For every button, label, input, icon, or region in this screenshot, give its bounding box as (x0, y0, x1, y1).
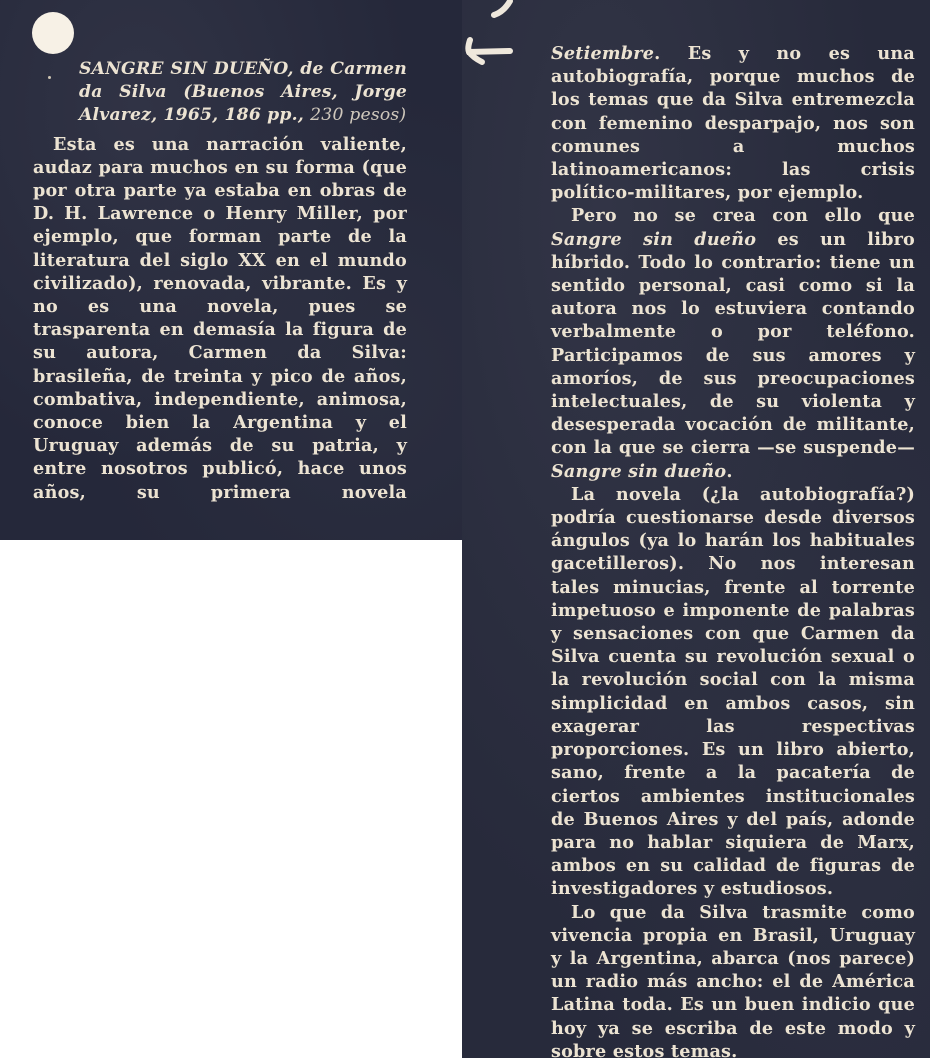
right-column-text: Setiembre. Es y no es una autobiografía,… (551, 42, 915, 1061)
review-paragraph-5: Lo que da Silva trasmite como vivencia p… (551, 901, 915, 1061)
clipping-left: SANGRE SIN DUEÑO, de Carmen da Silva (Bu… (0, 0, 462, 540)
review-paragraph-4: La novela (¿la autobiografía?) podría cu… (551, 483, 915, 901)
paragraph-text: es un libro híbrido. Todo lo contrario: … (551, 229, 915, 459)
book-title: SANGRE SIN DUEÑO (79, 59, 287, 79)
book-title-italic: Sangre sin dueño (551, 461, 726, 482)
left-column-text: SANGRE SIN DUEÑO, de Carmen da Silva (Bu… (33, 58, 407, 504)
paragraph-text: . Es y no es una autobiografía, porque m… (551, 43, 915, 203)
paragraph-text: . (726, 461, 732, 482)
review-paragraph-1: Esta es una narración valiente, audaz pa… (33, 133, 407, 504)
paragraph-text: Pero no se crea con ello que (571, 205, 915, 226)
punch-hole-icon (32, 12, 74, 54)
book-citation-heading: SANGRE SIN DUEÑO, de Carmen da Silva (Bu… (79, 58, 407, 128)
book-price: 230 pesos) (310, 105, 406, 125)
review-paragraph-2: Setiembre. Es y no es una autobiografía,… (551, 42, 915, 204)
arrow-left-icon (462, 0, 552, 80)
book-title-italic: Sangre sin dueño (551, 229, 756, 250)
novel-title-setiembre: Setiembre (551, 43, 654, 64)
review-paragraph-3: Pero no se crea con ello que Sangre sin … (551, 204, 915, 482)
clipping-right: Setiembre. Es y no es una autobiografía,… (462, 0, 930, 1058)
